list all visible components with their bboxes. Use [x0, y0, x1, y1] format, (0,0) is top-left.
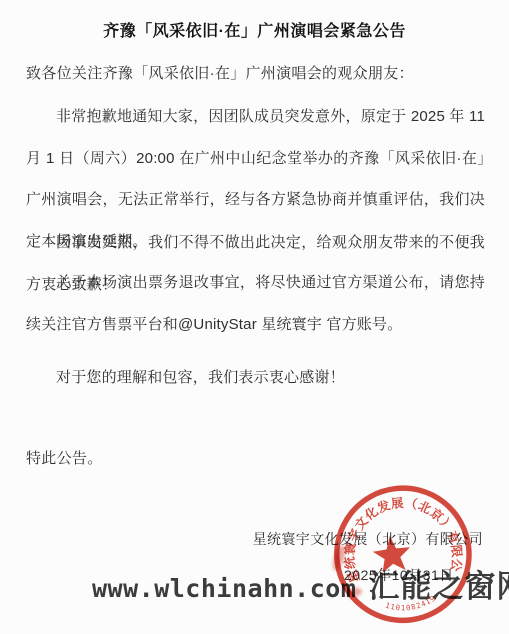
closing-text: 特此公告。	[26, 447, 326, 468]
watermark-site-name: 汇能之窗网	[368, 561, 509, 606]
salutation-text: 致各位关注齐豫「风采依旧·在」广州演唱会的观众朋友：	[26, 64, 486, 83]
body-paragraph-4: 对于您的理解和包容，我们表示衷心感谢！	[26, 357, 485, 399]
company-seal: 星统寰宇文化发展（北京）有限公司 1101082419	[323, 473, 488, 634]
announcement-document: 齐豫「风采依旧·在」广州演唱会紧急公告 致各位关注齐豫「风采依旧·在」广州演唱会…	[0, 0, 509, 634]
page-title: 齐豫「风采依旧·在」广州演唱会紧急公告	[0, 18, 509, 41]
body-paragraph-3: 关于本场演出票务退改事宜，将尽快通过官方渠道公布，请您持续关注官方售票平台和@U…	[26, 262, 485, 345]
watermark: www.wlchinahn.com 汇能之窗网	[92, 561, 509, 606]
watermark-url: www.wlchinahn.com	[92, 574, 356, 603]
